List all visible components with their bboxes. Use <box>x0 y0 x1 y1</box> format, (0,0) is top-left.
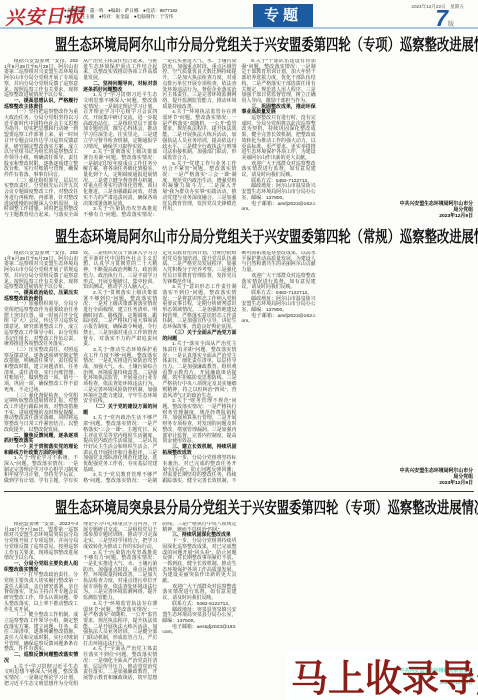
article-paragraph: （二）压实整改责任。对照巡察反馈意见，逐条逐项研究制定整改措施，明确责任领导、责… <box>4 348 78 394</box>
article-subheading: 一、提高政治站位，压紧压实巡察整改政治责任 <box>4 291 78 302</box>
staff-line-2: ●复审：任玉强 ●校对：张金磊 ●电脑制作：于雪伟 <box>64 14 178 20</box>
article-paragraph: 2.关于“贯彻落实上级决策部署不够到位”问题。整改落实情况：一是对上级决策部署落… <box>83 291 157 348</box>
article-paragraph: 5.关于“党建工作与业务工作结合不紧密”问题。整改落实情况：一是严格落实“三会一… <box>162 162 236 213</box>
article-paragraph: 6.关于“干部队伍建设有待加强”问题。整改落实情况：一是制定干部教育培训计划，加… <box>241 59 315 105</box>
page-number: 7版 <box>435 7 454 37</box>
article-subheading: 二、巡察反馈问题整改落实情况 <box>4 653 78 664</box>
article-paragraph: （三）强化督促检查。分党组定期听取整改进展情况汇报，对整改工作进行跟踪问效，对整… <box>4 394 78 434</box>
article-subheading: （二）关于党的建设方面的问题 <box>83 405 157 416</box>
article-paragraph: 2.关于“污染防治攻坚战推进不够有力”问题。整改落实情况：一是扎实推进大气、水、… <box>83 551 157 602</box>
newspaper-page: 兴安日报 ●责任编辑：董一鸣 ●编辑：萨日娜 ●电话：8877192 ●复审：任… <box>0 0 478 700</box>
article-subheading: 一、分局分党组主要负责人组织整改落实情况 <box>4 562 78 573</box>
article-paragraph: 电子邮箱：aesfj2023@163.com。 <box>241 202 315 213</box>
article-2-date: 2023年12月9日 <box>398 481 473 488</box>
article-paragraph: 根据盟委统一安排，2023年4月26日至7月26日，盟委第一巡察组对兴安盟生态环… <box>4 522 78 562</box>
article-paragraph: （一）坚持把巡察整改作为重大政治任务。分局分党组坚持以习近平新时代中国特色社会主… <box>4 110 78 178</box>
watermark-text: 马上收录导航 <box>291 659 478 699</box>
article-paragraph: 电子邮箱：aestqfj2023@163.com。 <box>162 625 236 636</box>
article-2-signature: 中共兴安盟生态环境局阿尔山市分局分党组 <box>398 469 473 481</box>
article-subheading: 三、巩固整改成果，推动环保事业高质量发展 <box>241 105 315 116</box>
article-paragraph: 根据兴安盟委统一安排，2021年6月29日至8月29日，阿尔山市委第二巡察组对兴… <box>4 251 78 291</box>
article-2-body: 根据兴安盟委统一安排，2021年6月29日至8月29日，阿尔山市委第二巡察组对兴… <box>4 251 474 488</box>
article-paragraph: 巡察整改只有进行时，没有完成时。分局分党组将以此次巡察整改为契机，持续巩固深化整… <box>241 116 315 162</box>
article-subheading: 三、建立长效机制，持续巩固拓展整改成效 <box>162 445 236 456</box>
article-3-headline: 盟生态环境局突泉县分局分党组关于兴安盟委第四轮（专项）巡察整改进展情况的通报 <box>55 498 423 519</box>
article-paragraph: 1.关于“党内政治生活不够严肃”问题。整改落实情况：一是严格落实“三会一课”、主… <box>83 416 157 473</box>
masthead: 兴安日报 ●责任编辑：董一鸣 ●编辑：萨日娜 ●电话：8877192 ●复审：任… <box>0 0 478 29</box>
article-2-signature-block: 中共兴安盟生态环境局阿尔山市分局分党组 2023年12月9日 <box>398 468 473 487</box>
article-paragraph: （二）健全整改工作机制。成立巡察整改工作领导小组，制定整改落实方案，建立问题、任… <box>4 613 78 653</box>
article-paragraph: 1.关于“学习贯彻习近平生态文明思想不够深入”问题。整改落实情况：一是制定理论学… <box>83 93 157 150</box>
article-paragraph: 2.关于“财务管理不规范”问题。整改落实情况：一是严格执行财务管理制度，规范经费… <box>162 399 236 445</box>
article-1-body: 根据兴安盟委统一安排，2021年6月29日至8月29日，阿尔山市委第二巡察组对兴… <box>4 59 474 221</box>
article-1-headline: 盟生态环境局阿尔山市分局分党组关于兴安盟委第四轮（专项）巡察整改进展情况的通报 <box>55 35 423 56</box>
article-paragraph: 欢迎广大干部群众对巡察整改落实情况进行监督。如有意见建议，请及时向我们反映。 <box>241 274 315 291</box>
article-subheading: （一）关于贯彻落实党的理论和路线方针政策方面的问题 <box>4 445 78 456</box>
section-banner: 专题 <box>253 4 313 28</box>
article-paragraph: 3.关于“意识形态工作责任制落实不到位”问题。整改落实情况：一是将意识形态工作纳… <box>162 285 236 331</box>
article-paragraph: 下一步，分局分党组将持续巩固深化巡察整改成果，对已完成整改的问题开展“回头看”，… <box>162 539 236 585</box>
article-1-date: 2023年12月9日 <box>398 214 473 221</box>
article-paragraph: 邮政地址：阿尔山市温泉街兴安盟生态环境局阿尔山市分局办公室，邮编：137800。 <box>241 297 315 314</box>
article-paragraph: 欢迎广大干部群众对巡察整改落实情况进行监督。如有意见建议，请及时向我们反映。 <box>162 585 236 602</box>
article-subheading: 二、聚焦反馈问题，逐条逐项抓好整改落实 <box>4 434 78 445</box>
article-paragraph: 3.关于“环境监管执法存在薄弱环节”问题。整改落实情况：一是严格落实“双随机、一… <box>83 602 157 648</box>
article-paragraph: 电子邮箱：aesfj2023@163.com。 <box>241 314 315 325</box>
article-paragraph: 2.关于“贯彻落实上级决策部署有差距”问题。整改落实情况：一是制定印发年度重点工… <box>83 150 157 207</box>
article-subheading: （三）关于全面从严治党方面的问题 <box>162 331 236 342</box>
masthead-rule <box>0 27 478 29</box>
article-2: 盟生态环境局阿尔山市分局分党组关于兴安盟委第四轮（常规）巡察整改进展情况的通报 … <box>0 227 478 488</box>
article-subheading: 一、提高思想认识，严格履行巡察整改主体责任 <box>4 99 78 110</box>
article-paragraph: 联系方式：0482-7122712。 <box>241 291 315 297</box>
staff-credits: ●责任编辑：董一鸣 ●编辑：萨日娜 ●电话：8877192 ●复审：任玉强 ●校… <box>64 8 178 21</box>
article-paragraph: 3.关于“推动生态环境保护重点工作力度不够”问题。整改落实情况：一是扎实推进污染… <box>83 348 157 405</box>
article-1-signature-block: 中共兴安盟生态环境局阿尔山市分局分党组 2023年12月9日 <box>398 201 473 220</box>
article-paragraph: （一）加强组织领导。分局分党组把巡察整改作为重要政治任务摆上突出位置，第一时间召… <box>4 302 78 348</box>
article-paragraph: 根据兴安盟委统一安排，2021年6月29日至8月29日，阿尔山市委第二巡察组对兴… <box>4 59 78 99</box>
article-subheading: 二、坚持问题导向，对标对表逐条抓好问题整改 <box>83 82 157 93</box>
article-2-headline: 盟生态环境局阿尔山市分局分党组关于兴安盟委第四轮（常规）巡察整改进展情况的通报 <box>55 227 423 248</box>
article-paragraph: （一）扛牢整改政治责任。分党组主要负责人切实履行整改第一责任人职责，亲自研究部署… <box>4 573 78 613</box>
article-paragraph: 1.关于“落实全面从严治党主体责任有差距”问题。整改落实情况：一是认真落实全面从… <box>162 342 236 399</box>
article-1: 盟生态环境局阿尔山市分局分党组关于兴安盟委第四轮（专项）巡察整改进展情况的通报 … <box>0 35 478 221</box>
article-paragraph: 欢迎广大干部群众对巡察整改落实情况进行监督。如有意见建议，请及时向我们反映。 <box>241 162 315 179</box>
article-1-signature: 中共兴安盟生态环境局阿尔山市分局分党组 <box>398 202 473 214</box>
article-paragraph: 4.关于“环境执法监管存在薄弱环节”问题。整改落实情况：一是严格落实“双随机、一… <box>162 110 236 161</box>
article-divider <box>4 491 474 492</box>
article-paragraph: 邮政地址：突泉县突泉镇兴安盟生态环境局突泉县分局办公室，邮编：137500。 <box>162 608 236 625</box>
article-paragraph: 邮政地址：阿尔山市温泉街兴安盟生态环境局阿尔山市分局办公室，邮编：137800。 <box>241 184 315 201</box>
article-paragraph: 联系方式：0482-5122712。 <box>162 602 236 608</box>
